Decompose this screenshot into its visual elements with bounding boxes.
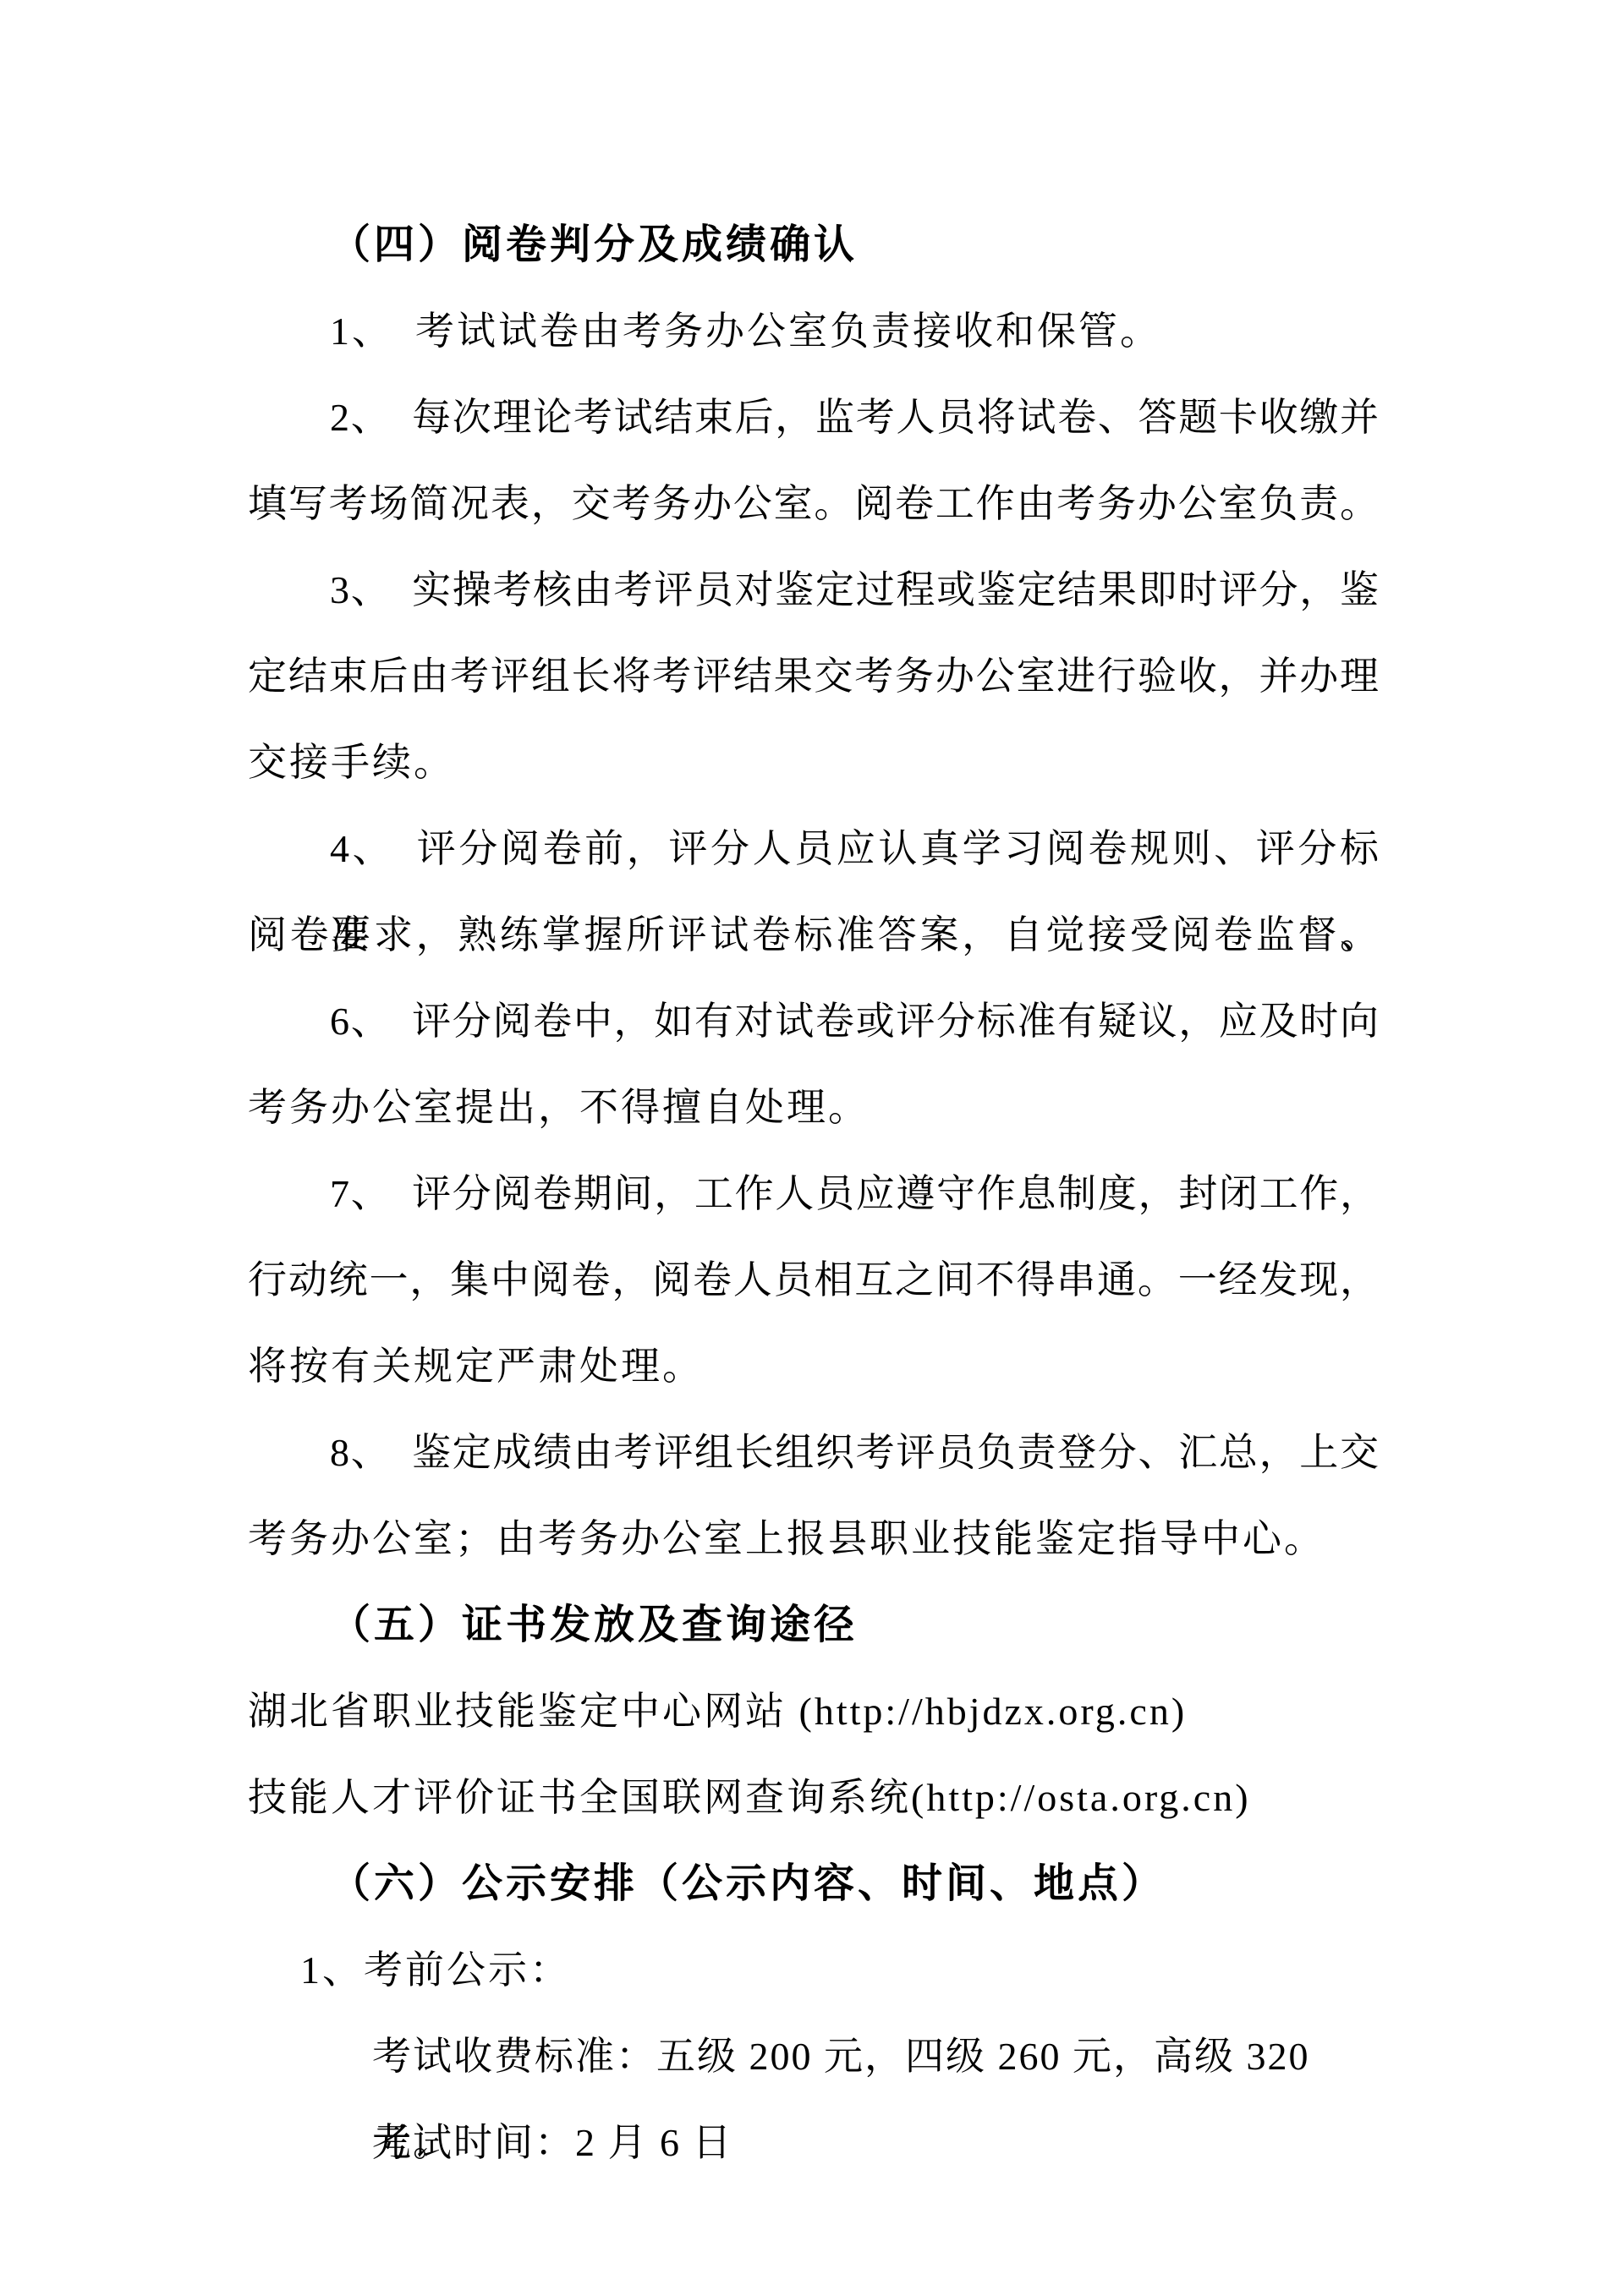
document-line-21-list-item: 1、考前公示： [248,1927,1379,2014]
document-line-14-continuation: 将按有关规定严肃处理。 [248,1323,1379,1410]
document-line-2-list-item: 1、 考试试卷由考务办公室负责接收和保管。 [248,288,1379,375]
document-line-11-continuation: 考务办公室提出，不得擅自处理。 [248,1065,1379,1151]
document-line-6-continuation: 定结束后由考评组长将考评结果交考务办公室进行验收，并办理 [248,633,1379,720]
document-line-1-section-heading: （四）阅卷判分及成绩确认 [248,202,1379,288]
document-line-13-continuation: 行动统一，集中阅卷，阅卷人员相互之间不得串通。一经发现， [248,1237,1379,1323]
document-line-5-list-item: 3、 实操考核由考评员对鉴定过程或鉴定结果即时评分，鉴 [248,547,1379,633]
document-line-12-list-item: 7、 评分阅卷期间，工作人员应遵守作息制度，封闭工作， [248,1151,1379,1237]
document-line-10-list-item: 6、 评分阅卷中，如有对试卷或评分标准有疑议，应及时向 [248,978,1379,1065]
document-line-3-list-item: 2、 每次理论考试结束后，监考人员将试卷、答题卡收缴并 [248,375,1379,461]
document-body: （四）阅卷判分及成绩确认1、 考试试卷由考务办公室负责接收和保管。2、 每次理论… [248,202,1379,2186]
document-line-15-list-item: 8、 鉴定成绩由考评组长组织考评员负责登分、汇总，上交 [248,1410,1379,1496]
document-line-4-continuation: 填写考场简况表，交考务办公室。阅卷工作由考务办公室负责。 [248,461,1379,547]
document-line-17-section-heading: （五）证书发放及查询途径 [248,1582,1379,1669]
document-line-23-sub-item: 考试时间：2 月 6 日 [248,2100,1379,2186]
document-page: （四）阅卷判分及成绩确认1、 考试试卷由考务办公室负责接收和保管。2、 每次理论… [0,0,1624,2296]
document-line-22-sub-item: 考试收费标准：五级 200 元，四级 260 元，高级 320 元。 [248,2014,1379,2100]
document-line-8-list-item: 4、 评分阅卷前，评分人员应认真学习阅卷规则、评分标准、 [248,806,1379,892]
document-line-20-section-heading: （六）公示安排（公示内容、时间、地点） [248,1841,1379,1927]
document-line-18-body-text: 湖北省职业技能鉴定中心网站 (http://hbjdzx.org.cn) [248,1669,1379,1755]
document-line-7-continuation: 交接手续。 [248,720,1379,806]
document-line-19-body-text: 技能人才评价证书全国联网查询系统(http://osta.org.cn) [248,1755,1379,1841]
document-line-16-continuation: 考务办公室；由考务办公室上报县职业技能鉴定指导中心。 [248,1496,1379,1582]
document-line-9-continuation: 阅卷要求，熟练掌握所评试卷标准答案，自觉接受阅卷监督。 [248,892,1379,978]
